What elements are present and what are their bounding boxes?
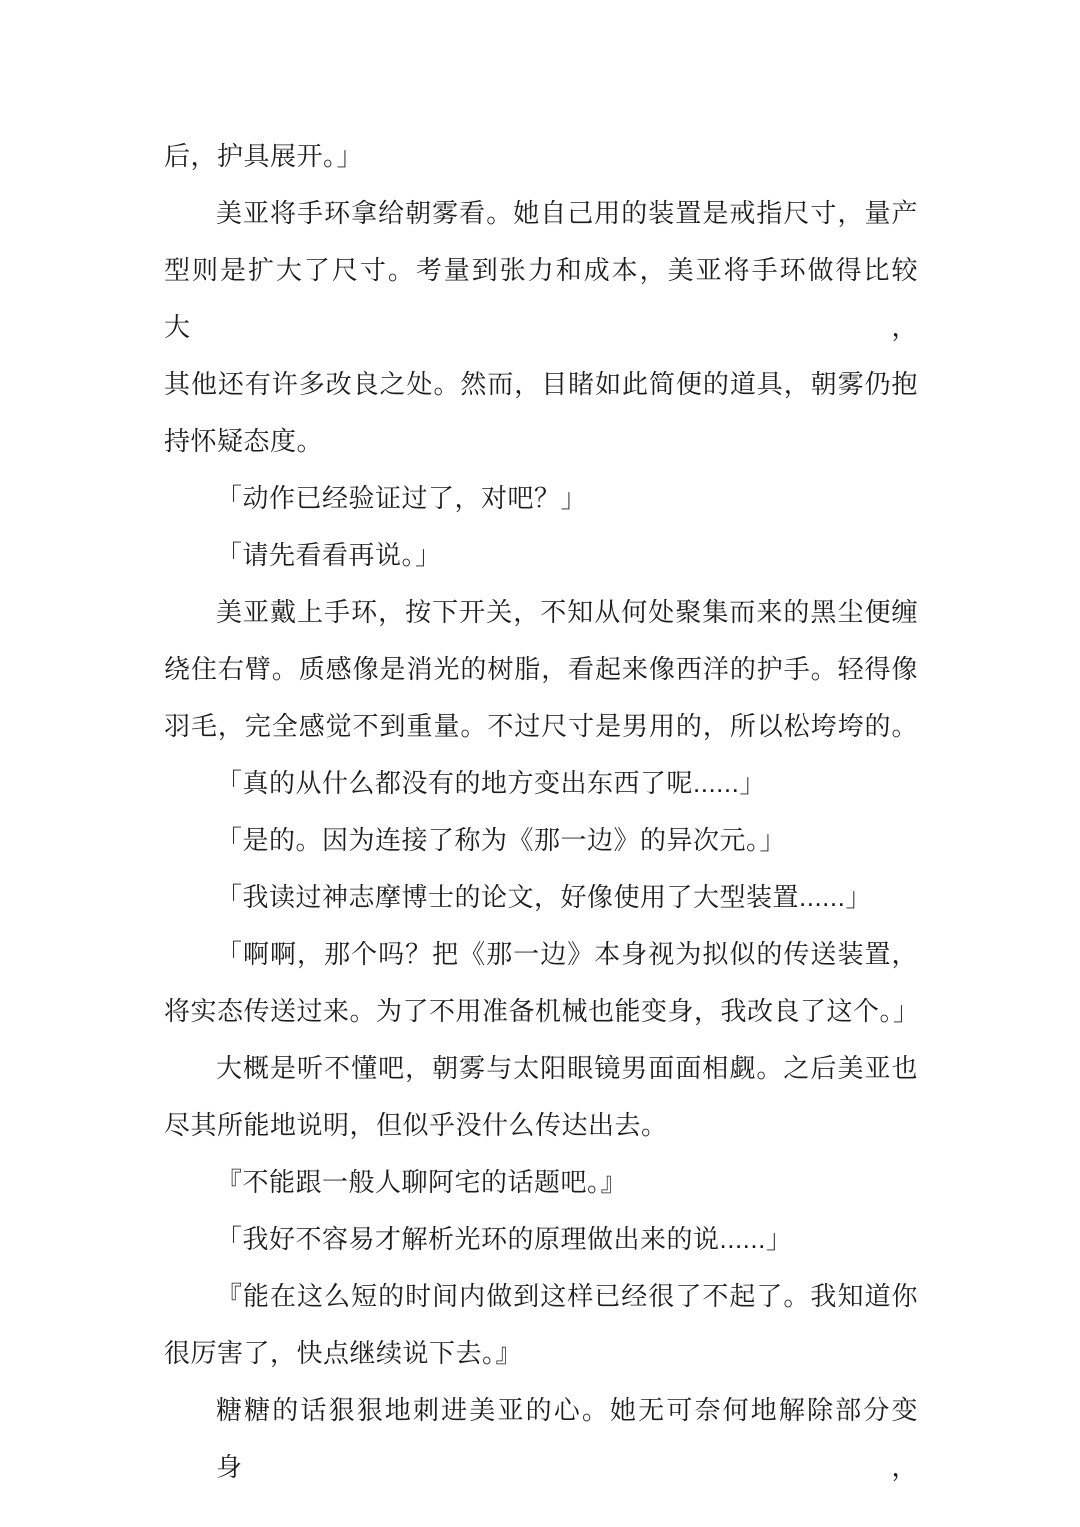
text-line: 型则是扩大了尺寸。考量到张力和成本，美亚将手环做得比较大， [164, 242, 918, 356]
text-line: 大概是听不懂吧，朝雾与太阳眼镜男面面相觑。之后美亚也 [164, 1040, 918, 1097]
text-line: 其他还有许多改良之处。然而，目睹如此简便的道具，朝雾仍抱 [164, 356, 918, 413]
text-line: 后，护具展开。」 [164, 128, 918, 185]
text-line: 羽毛，完全感觉不到重量。不过尺寸是男用的，所以松垮垮的。 [164, 698, 918, 755]
text-line: 「请先看看再说。」 [164, 527, 918, 584]
text-line: 「真的从什么都没有的地方变出东西了呢......」 [164, 755, 918, 812]
text-line: 「我读过神志摩博士的论文，好像使用了大型装置......」 [164, 869, 918, 926]
text-line: 绕住右臂。质感像是消光的树脂，看起来像西洋的护手。轻得像 [164, 641, 918, 698]
text-line: 美亚将手环拿给朝雾看。她自己用的装置是戒指尺寸，量产 [164, 185, 918, 242]
text-line: 「我好不容易才解析光环的原理做出来的说......」 [164, 1211, 918, 1268]
text-line: 「啊啊，那个吗？把《那一边》本身视为拟似的传送装置， [164, 926, 918, 983]
text-line: 『不能跟一般人聊阿宅的话题吧。』 [164, 1154, 918, 1211]
text-line: 『能在这么短的时间内做到这样已经很了不起了。我知道你 [164, 1268, 918, 1325]
text-line: 美亚戴上手环，按下开关，不知从何处聚集而来的黑尘便缠 [164, 584, 918, 641]
text-line: 很厉害了，快点继续说下去。』 [164, 1325, 918, 1382]
document-page: 后，护具展开。」 美亚将手环拿给朝雾看。她自己用的装置是戒指尺寸，量产 型则是扩… [0, 0, 1080, 1527]
page-text: 后，护具展开。」 美亚将手环拿给朝雾看。她自己用的装置是戒指尺寸，量产 型则是扩… [164, 128, 918, 1496]
text-line: 持怀疑态度。 [164, 413, 918, 470]
text-line: 糖糖的话狠狠地刺进美亚的心。她无可奈何地解除部分变身， [164, 1382, 918, 1496]
text-line: 「是的。因为连接了称为《那一边》的异次元。」 [164, 812, 918, 869]
text-line: 「动作已经验证过了，对吧？」 [164, 470, 918, 527]
text-line: 将实态传送过来。为了不用准备机械也能变身，我改良了这个。」 [164, 983, 918, 1040]
text-line: 尽其所能地说明，但似乎没什么传达出去。 [164, 1097, 918, 1154]
